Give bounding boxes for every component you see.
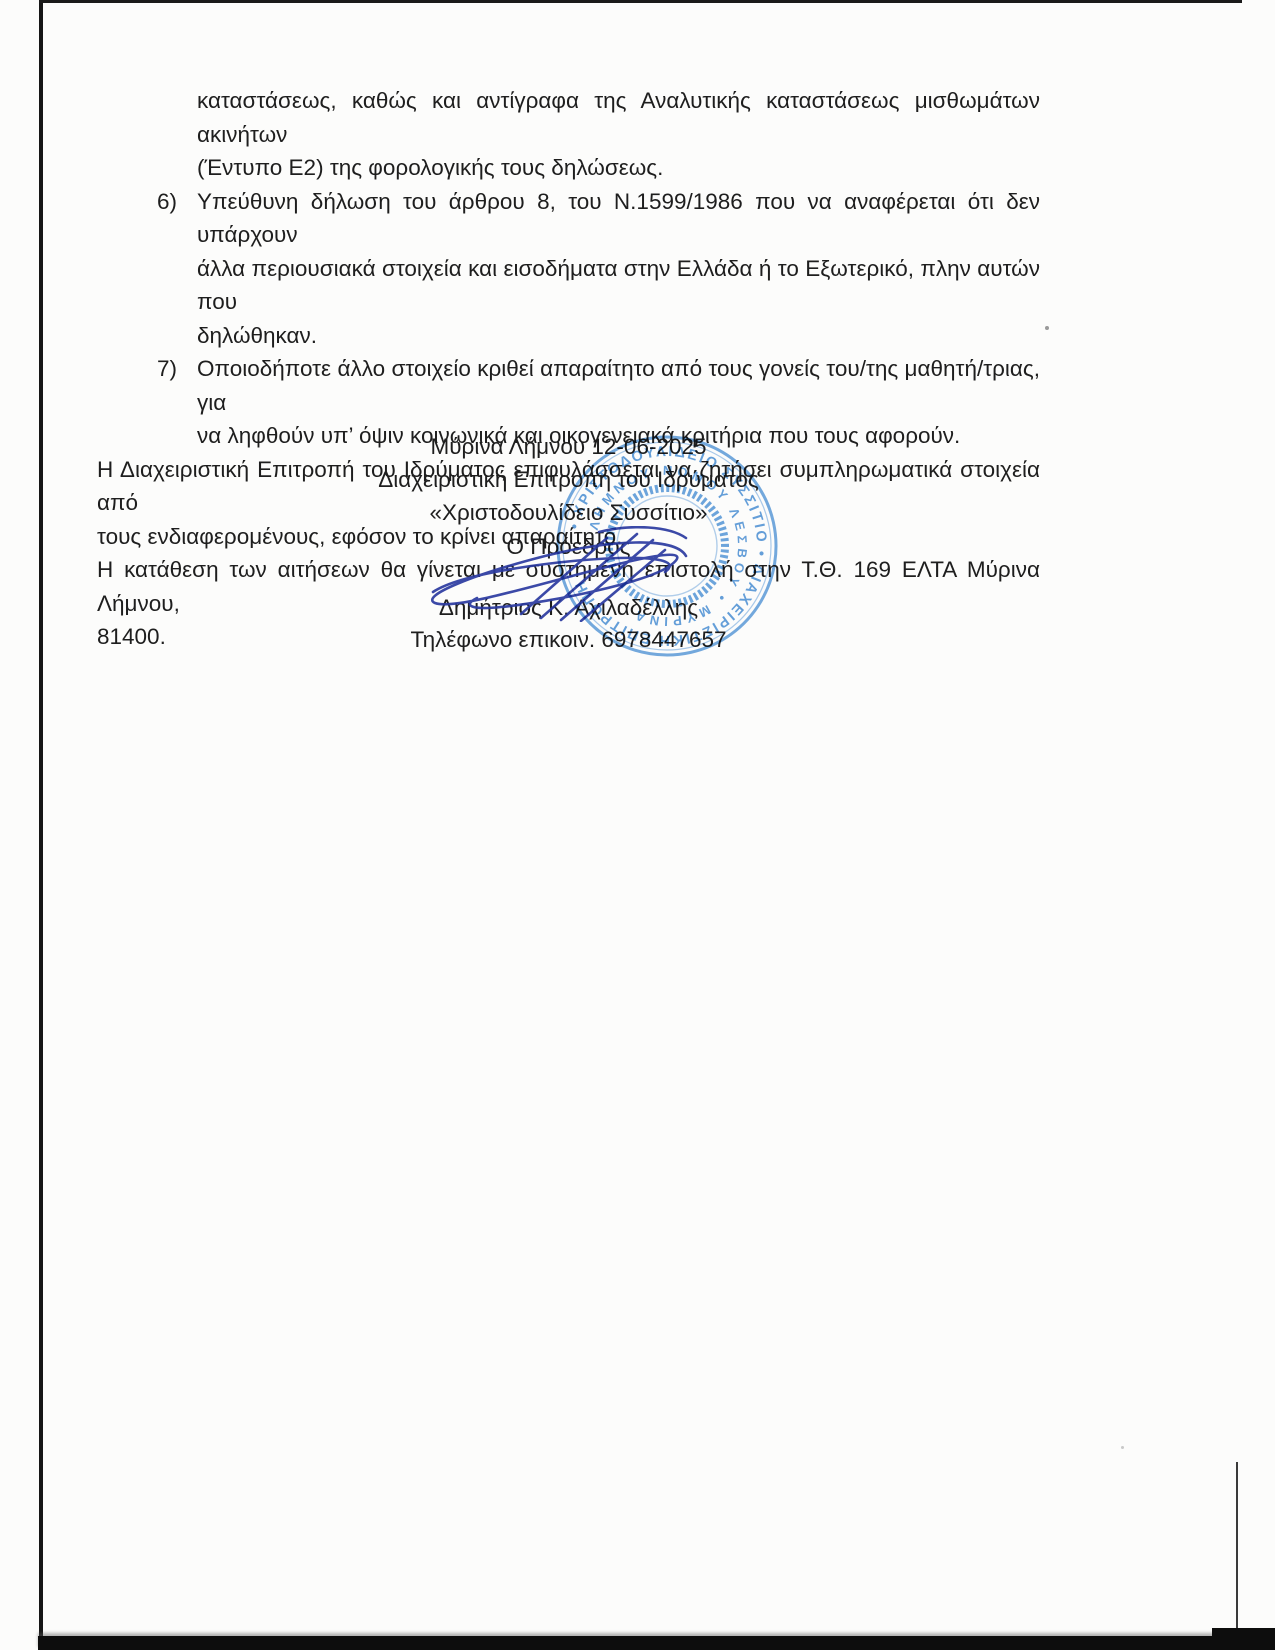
list-item-line: δηλώθηκαν. xyxy=(197,319,1040,353)
scan-speckle xyxy=(1045,326,1049,330)
scan-speckle xyxy=(1121,1446,1124,1449)
list-item-line: Υπεύθυνη δήλωση του άρθρου 8, του Ν.1599… xyxy=(197,185,1040,252)
scan-border-top xyxy=(39,0,1242,3)
scan-border-corner xyxy=(1212,1628,1275,1650)
paragraph-line: (Έντυπο Ε2) της φορολογικής τους δηλώσεω… xyxy=(97,151,1040,185)
scan-border-right xyxy=(1236,1462,1238,1638)
list-number: 7) xyxy=(157,352,177,386)
round-stamp: • ΧΡΙΣΤΟΔΟΥΛΙΔΕΙΟ ΣΥΣΣΙΤΙΟ • ΔΙΑΧΕΙΡΙΣΤΙ… xyxy=(545,424,789,668)
scan-border-left xyxy=(39,0,43,1650)
list-item-line: άλλα περιουσιακά στοιχεία και εισοδήματα… xyxy=(197,252,1040,319)
list-item-line: Οποιοδήποτε άλλο στοιχείο κριθεί απαραίτ… xyxy=(197,352,1040,419)
list-item-6: 6) Υπεύθυνη δήλωση του άρθρου 8, του Ν.1… xyxy=(97,185,1040,353)
scanned-page: καταστάσεως, καθώς και αντίγραφα της Ανα… xyxy=(0,0,1275,1650)
paragraph-line: καταστάσεως, καθώς και αντίγραφα της Ανα… xyxy=(97,84,1040,151)
scan-border-bottom xyxy=(38,1636,1275,1650)
list-number: 6) xyxy=(157,185,177,219)
